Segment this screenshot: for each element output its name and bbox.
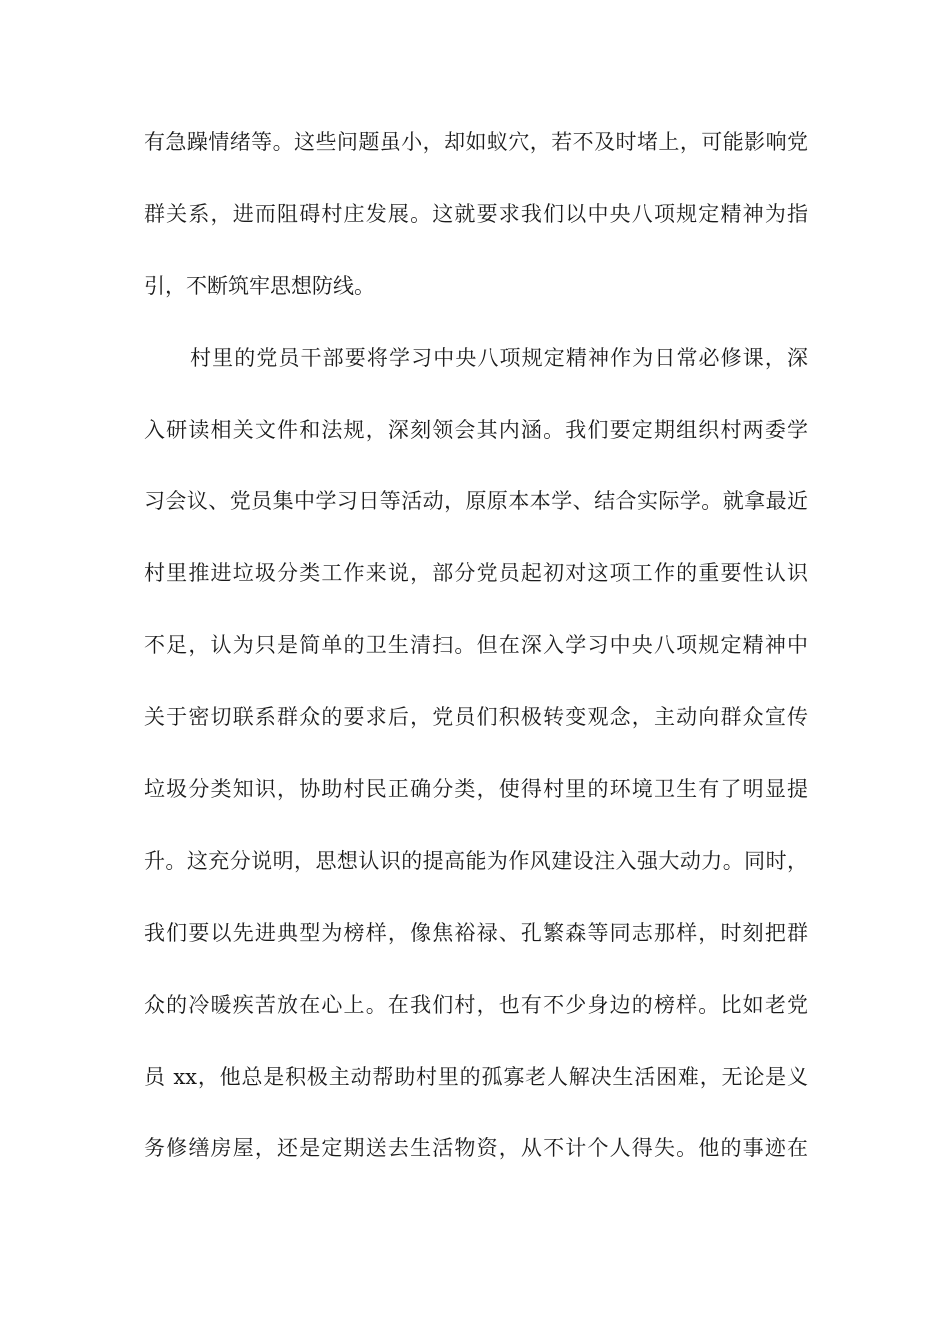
text-line-7: 村里推进垃圾分类工作来说，部分党员起初对这项工作的重要性认识	[144, 538, 808, 610]
text-line-15: 务修缮房屋，还是定期送去生活物资，从不计个人得失。他的事迹在	[144, 1113, 808, 1185]
text-line-3: 引，不断筑牢思想防线。	[144, 251, 808, 323]
text-line-8: 不足，认为只是简单的卫生清扫。但在深入学习中央八项规定精神中	[144, 610, 808, 682]
text-line-13: 众的冷暖疾苦放在心上。在我们村，也有不少身边的榜样。比如老党	[144, 970, 808, 1042]
text-line-10: 垃圾分类知识，协助村民正确分类，使得村里的环境卫生有了明显提	[144, 754, 808, 826]
text-line-2: 群关系，进而阻碍村庄发展。这就要求我们以中央八项规定精神为指	[144, 179, 808, 251]
text-line-14: 员 xx，他总是积极主动帮助村里的孤寡老人解决生活困难，无论是义	[144, 1042, 808, 1114]
text-line-9: 关于密切联系群众的要求后，党员们积极转变观念，主动向群众宣传	[144, 682, 808, 754]
document-page: 有急躁情绪等。这些问题虽小，却如蚁穴，若不及时堵上，可能影响党 群关系，进而阻碍…	[0, 0, 950, 1344]
text-line-11: 升。这充分说明，思想认识的提高能为作风建设注入强大动力。同时，	[144, 826, 808, 898]
text-line-6: 习会议、党员集中学习日等活动，原原本本学、结合实际学。就拿最近	[144, 466, 808, 538]
text-line-5: 入研读相关文件和法规，深刻领会其内涵。我们要定期组织村两委学	[144, 395, 808, 467]
text-line-4: 村里的党员干部要将学习中央八项规定精神作为日常必修课，深	[144, 323, 808, 395]
body-text: 有急躁情绪等。这些问题虽小，却如蚁穴，若不及时堵上，可能影响党 群关系，进而阻碍…	[144, 107, 808, 1185]
text-line-1: 有急躁情绪等。这些问题虽小，却如蚁穴，若不及时堵上，可能影响党	[144, 107, 808, 179]
text-line-12: 我们要以先进典型为榜样，像焦裕禄、孔繁森等同志那样，时刻把群	[144, 898, 808, 970]
